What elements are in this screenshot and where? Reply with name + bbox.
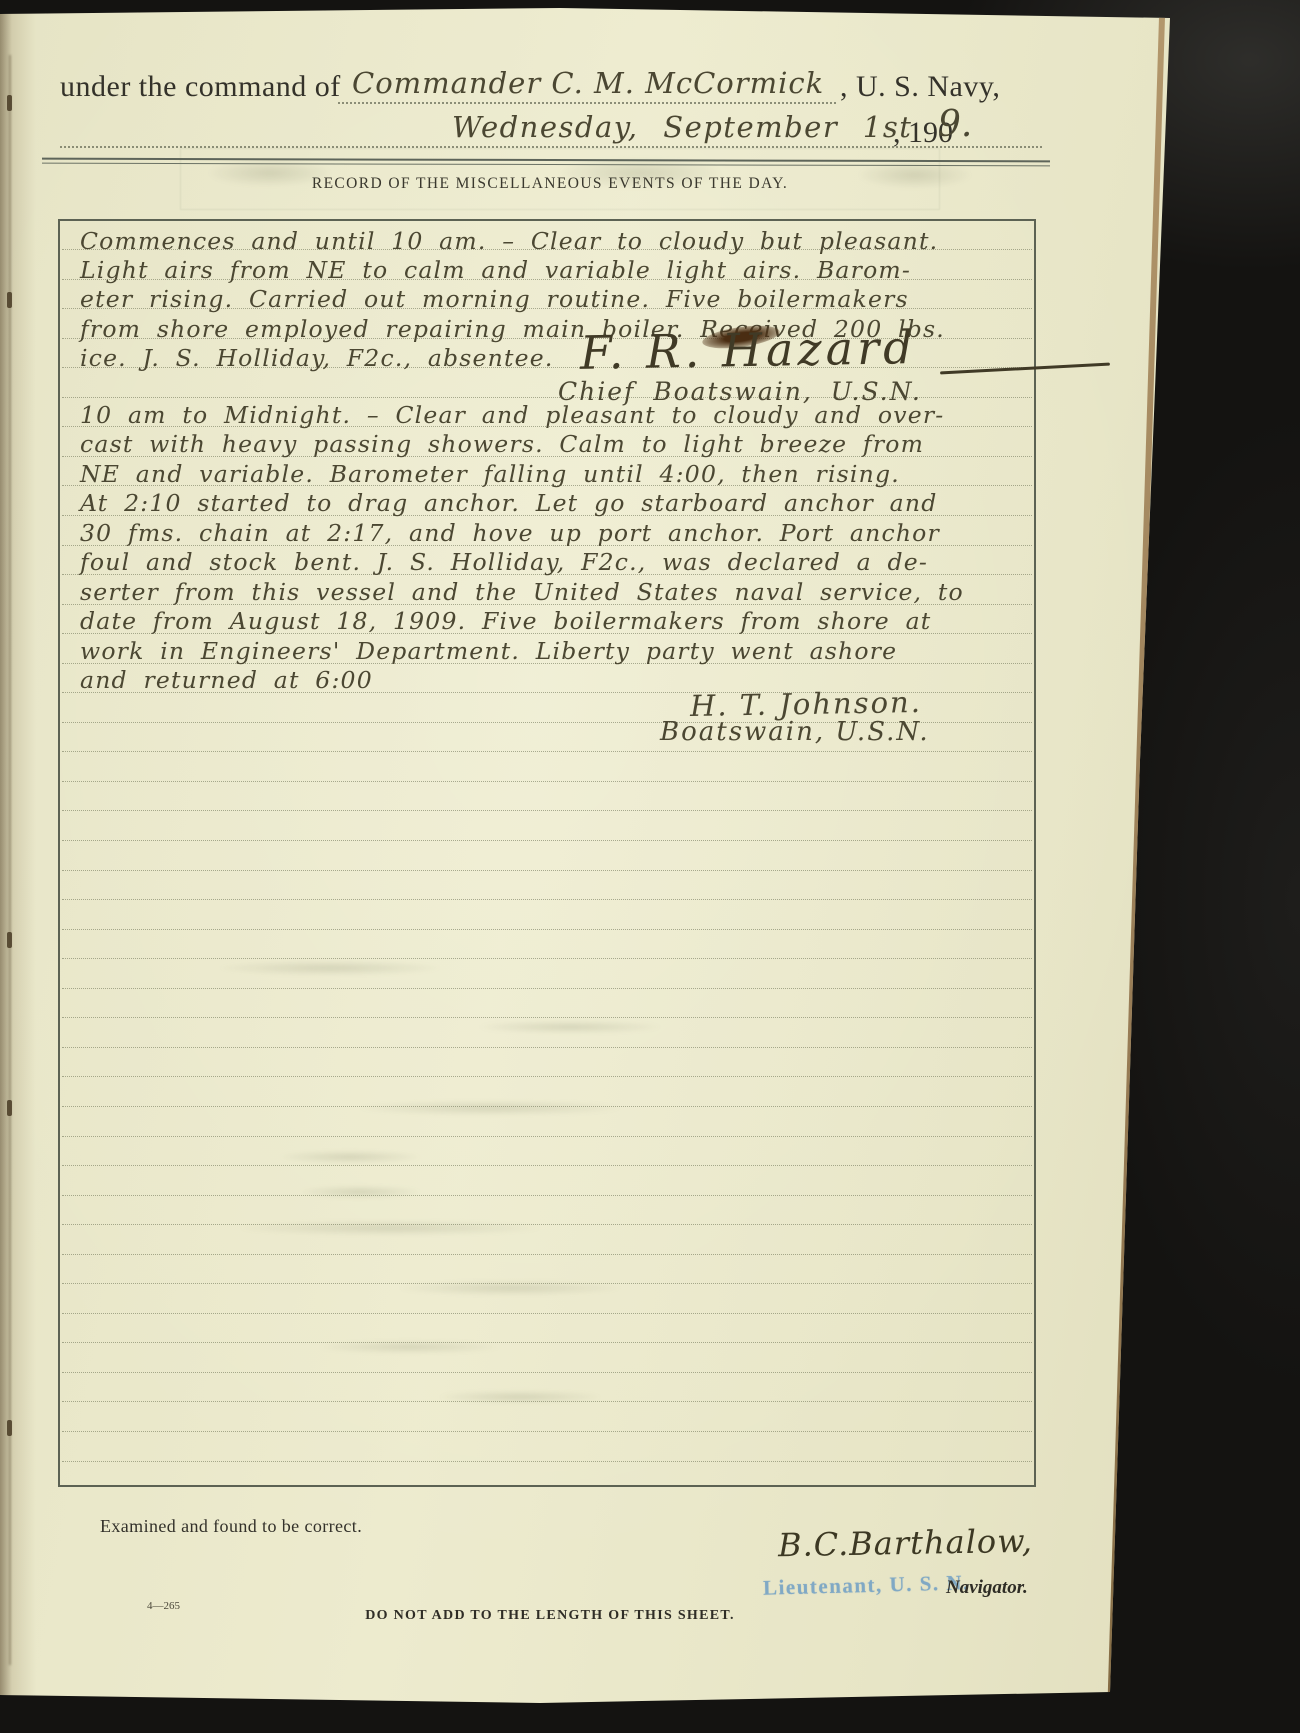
ruled-line (62, 1047, 1032, 1048)
log-line: eter rising. Carried out morning routine… (80, 285, 909, 313)
ruled-line (62, 929, 1032, 930)
ruled-line (62, 781, 1032, 782)
logbook-page: under the command of Commander C. M. McC… (0, 0, 1178, 1712)
form-number: 4—265 (147, 1600, 180, 1612)
log-line: ice. J. S. Holliday, F2c., absentee. (80, 344, 554, 372)
log-line: At 2:10 started to drag anchor. Let go s… (80, 489, 937, 517)
ruled-line (62, 958, 1032, 959)
ruled-line (62, 840, 1032, 841)
binding-stitch (7, 932, 12, 948)
ruled-line (62, 1224, 1032, 1225)
log-line: NE and variable. Barometer falling until… (80, 460, 900, 488)
commander-name-handwritten: Commander C. M. McCormick (352, 66, 824, 100)
ruled-line (62, 1372, 1032, 1373)
do-not-add-notice: DO NOT ADD TO THE LENGTH OF THIS SHEET. (340, 1608, 760, 1624)
ruled-line (62, 1165, 1032, 1166)
ruled-line (62, 899, 1032, 900)
ruled-line (62, 988, 1032, 989)
log-line: date from August 18, 1909. Five boilerma… (80, 607, 931, 635)
bleed-through-mark (360, 1101, 620, 1115)
binding-stitch (7, 95, 12, 111)
log-line: Commences and until 10 am. – Clear to cl… (80, 227, 938, 255)
ruled-line (62, 1136, 1032, 1137)
events-record-box: Commences and until 10 am. – Clear to cl… (58, 219, 1036, 1487)
log-line: work in Engineers' Department. Liberty p… (80, 637, 897, 665)
bleed-through-mark (320, 1341, 500, 1353)
johnson-signature-title: Boatswain, U.S.N. (660, 717, 930, 747)
page-right-edge (1108, 17, 1165, 1696)
section-title: RECORD OF THE MISCELLANEOUS EVENTS OF TH… (60, 175, 1040, 193)
ruled-line (62, 1195, 1032, 1196)
log-line: Light airs from NE to calm and variable … (80, 256, 911, 284)
ruled-line (62, 1254, 1032, 1255)
binding-stitch (7, 1100, 12, 1116)
bleed-through-mark (300, 1186, 420, 1198)
bleed-through-mark (480, 1021, 660, 1033)
ruled-line (62, 1342, 1032, 1343)
binding-stitch (7, 292, 12, 308)
bleed-through-mark (440, 1391, 600, 1403)
ruled-line (62, 1431, 1032, 1432)
ruled-line (62, 1313, 1032, 1314)
log-line: cast with heavy passing showers. Calm to… (80, 430, 924, 458)
log-line: serter from this vessel and the United S… (80, 578, 964, 606)
ruled-line (62, 810, 1032, 811)
ruled-line (62, 1461, 1032, 1462)
log-line: 10 am to Midnight. – Clear and pleasant … (80, 401, 944, 429)
bleed-through-mark (280, 1151, 420, 1163)
ruled-line (62, 870, 1032, 871)
lieutenant-stamp: Lieutenant, U. S. N. (763, 1570, 970, 1600)
log-line: foul and stock bent. J. S. Holliday, F2c… (80, 548, 928, 576)
command-prefix-text: under the command of (60, 70, 341, 104)
navigator-signature: B.C.Barthalow, (778, 1522, 1034, 1564)
binding-stitch (7, 1420, 12, 1436)
bleed-through-mark (400, 1281, 620, 1295)
ruled-line (62, 1076, 1032, 1077)
bleed-through-mark (240, 1221, 540, 1235)
signature-flourish (940, 363, 1110, 375)
date-handwritten: Wednesday, September 1st (452, 110, 912, 144)
ruled-line (62, 1017, 1032, 1018)
examined-statement: Examined and found to be correct. (100, 1516, 362, 1537)
ruled-line (62, 751, 1032, 752)
year-handwritten: 9. (938, 104, 972, 145)
navigator-label: Navigator. (946, 1577, 1028, 1599)
hazard-signature: F. R. Hazard (580, 320, 917, 380)
binding-gutter (0, 8, 44, 1703)
navy-suffix-text: , U. S. Navy, (840, 70, 1000, 104)
log-line: and returned at 6:00 (80, 666, 373, 694)
log-line: 30 fms. chain at 2:17, and hove up port … (80, 519, 940, 547)
bleed-through-mark (220, 961, 440, 975)
